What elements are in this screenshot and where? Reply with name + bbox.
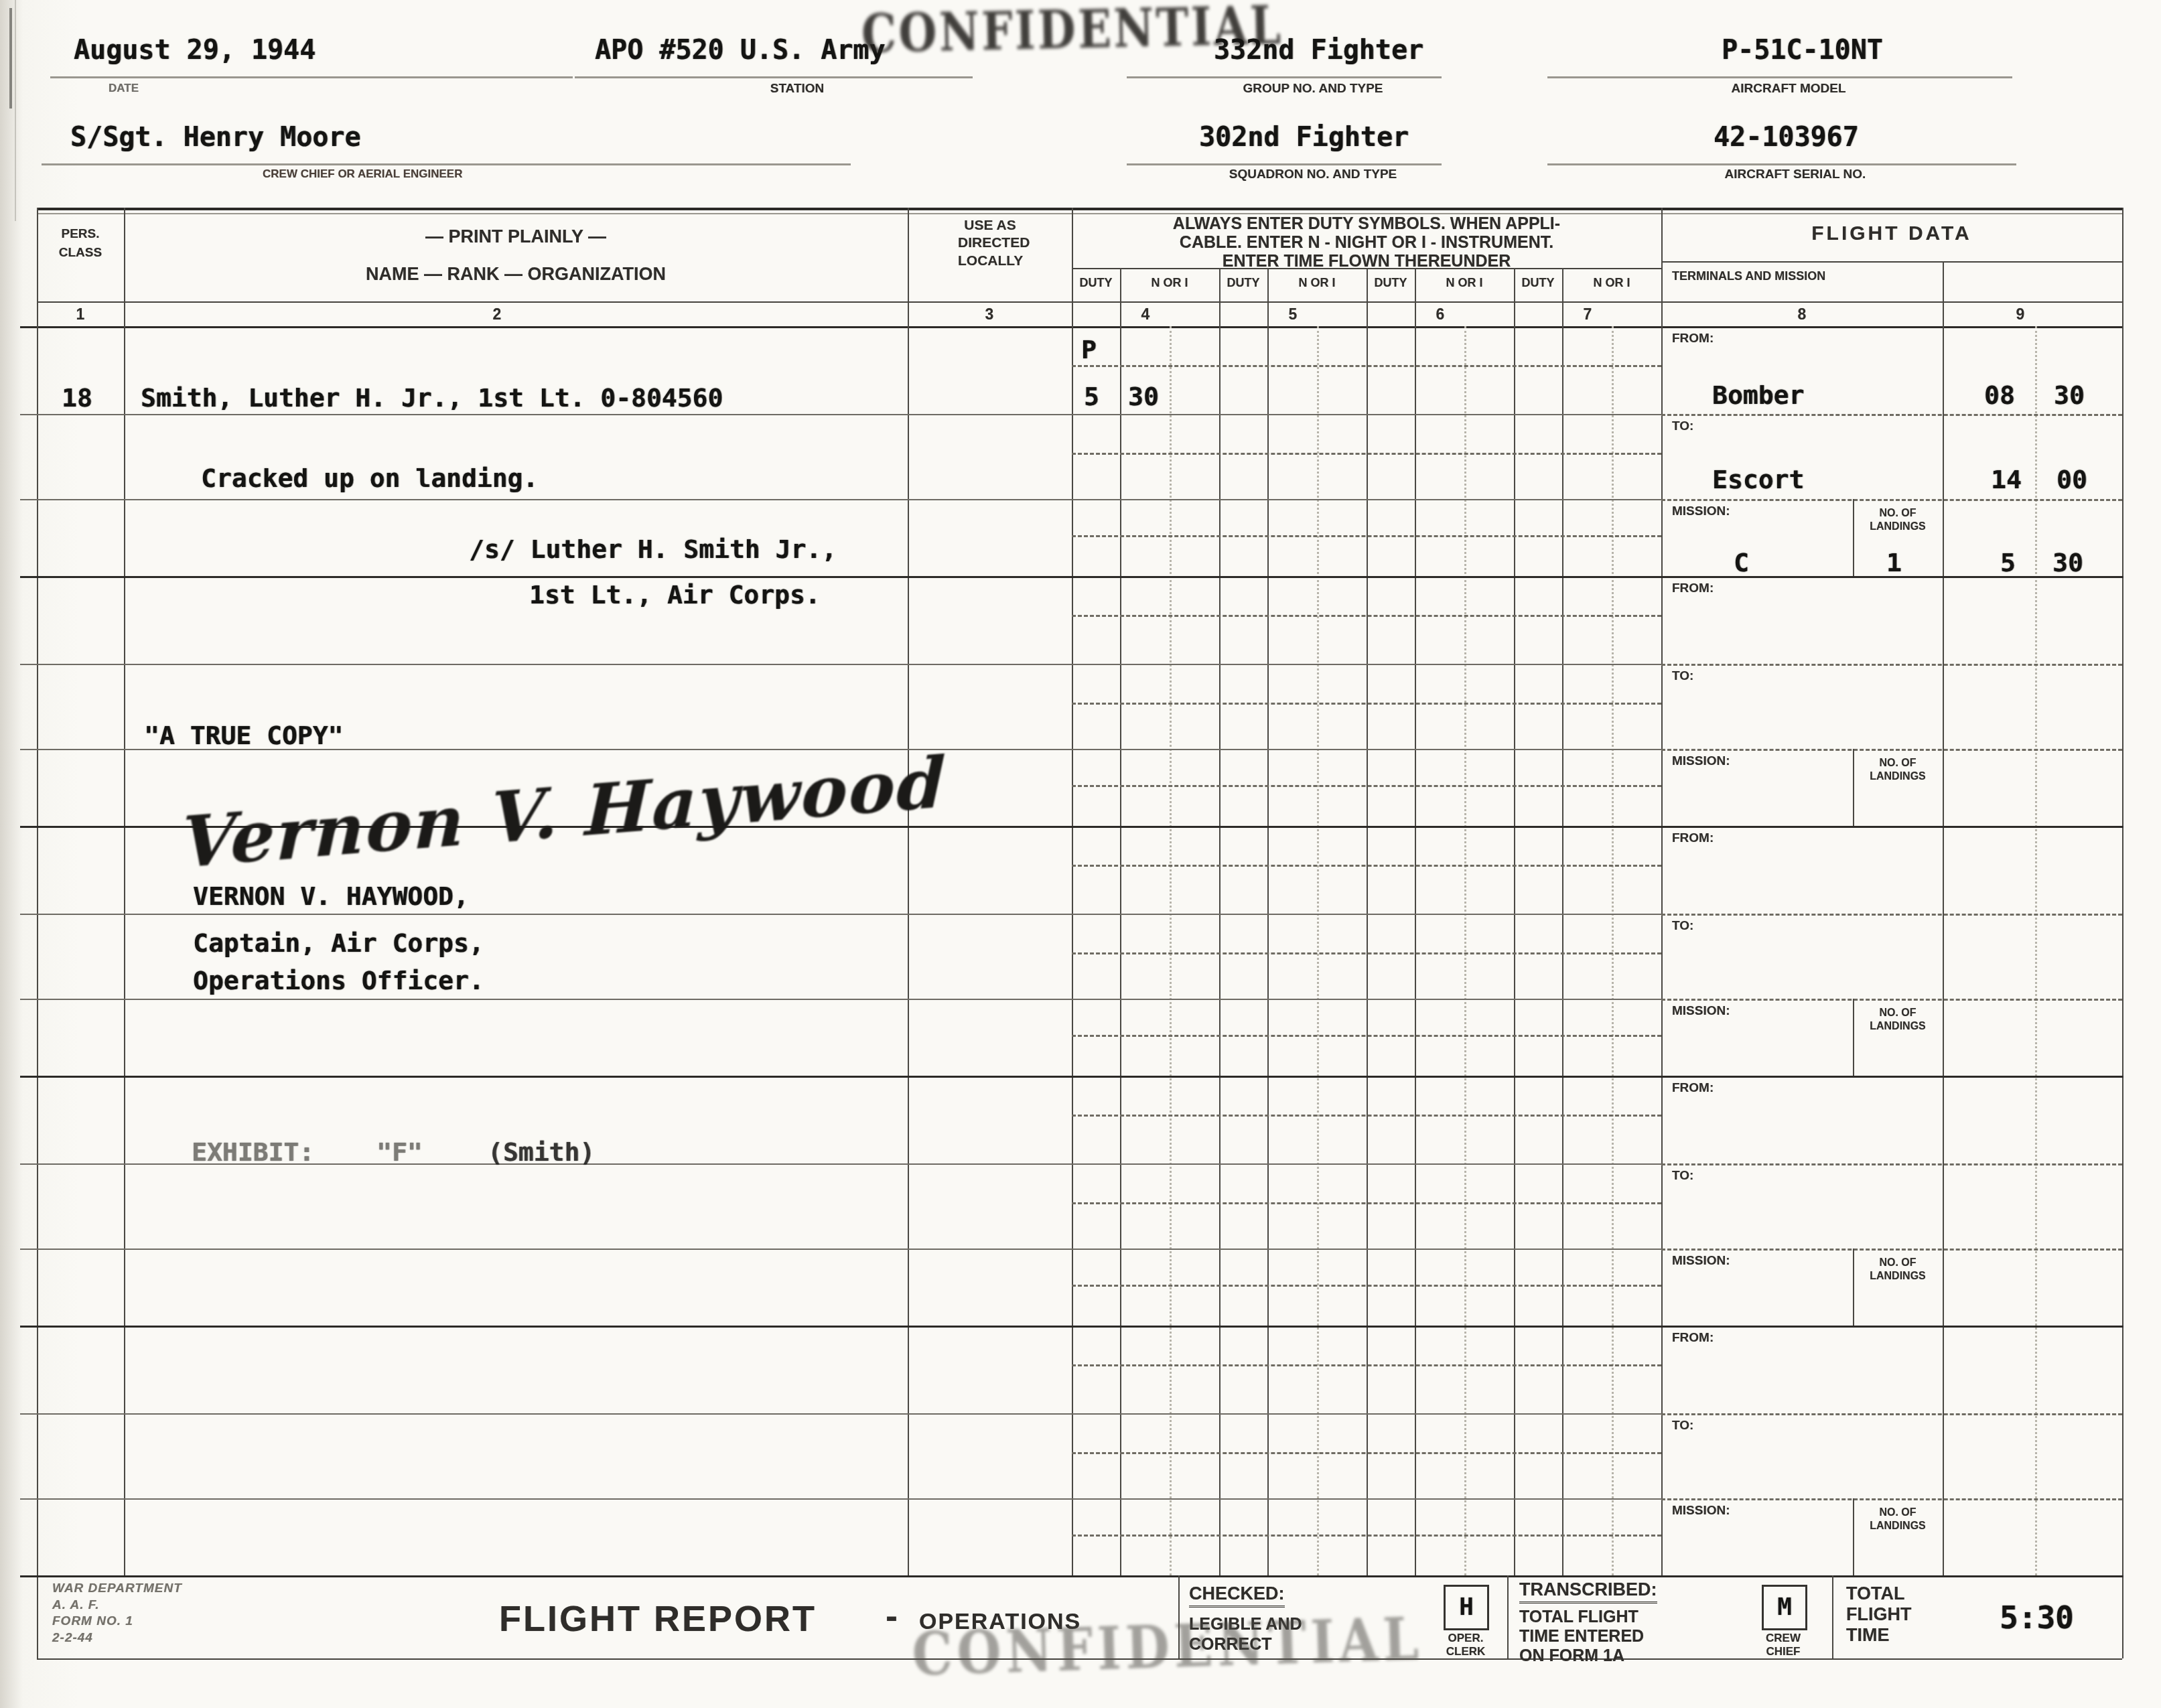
dashed-rule xyxy=(1072,365,1661,367)
oper-clerk-initial-box: H xyxy=(1444,1585,1489,1630)
form-info: WAR DEPARTMENT A. A. F. FORM NO. 1 2-2-4… xyxy=(52,1581,182,1647)
landings-label: NO. OF LANDINGS xyxy=(1856,1007,1940,1034)
col-number: 8 xyxy=(1782,305,1822,324)
dashed-rule xyxy=(1661,664,2122,666)
pilot-name-value: Smith, Luther H. Jr., 1st Lt. 0-804560 xyxy=(141,383,723,413)
rule xyxy=(20,1413,1661,1415)
duty-col-header: DUTY xyxy=(1072,276,1120,290)
from-minutes-value: 30 xyxy=(2054,380,2085,410)
col-line xyxy=(1072,208,1073,1575)
table-top-rule xyxy=(37,208,2122,210)
use-as-directed-header: USE AS DIRECTED LOCALLY xyxy=(958,217,1022,270)
n-or-i-col-header: N OR I xyxy=(1267,276,1367,290)
duty-minutes-value: 30 xyxy=(1128,382,1159,411)
exhibit-person: (Smith) xyxy=(488,1137,595,1167)
col-line xyxy=(908,208,909,1575)
footer-divider xyxy=(1832,1575,1833,1658)
landings-label: NO. OF LANDINGS xyxy=(1856,1257,1940,1283)
form-title-separator: - xyxy=(886,1595,898,1637)
dashed-rule xyxy=(1072,952,1661,954)
block-rule xyxy=(20,576,2123,578)
dotted-line xyxy=(1464,326,1466,1575)
col-line xyxy=(37,208,38,1658)
dashed-rule xyxy=(1072,1035,1661,1037)
handwritten-signature: Vernon V. Haywood xyxy=(181,741,948,883)
exhibit-value: "F" xyxy=(376,1137,423,1167)
to-terminal-value: Escort xyxy=(1712,465,1804,494)
duty-subline xyxy=(1514,268,1515,1575)
dashed-rule xyxy=(1072,615,1661,617)
dashed-rule xyxy=(1072,1202,1661,1204)
from-label: FROM: xyxy=(1672,332,1714,346)
group-label: GROUP NO. AND TYPE xyxy=(1206,82,1420,96)
block-rule xyxy=(20,1575,2123,1577)
from-hours-value: 08 xyxy=(1984,380,2015,410)
n-or-i-col-header: N OR I xyxy=(1120,276,1219,290)
rule xyxy=(20,1498,1661,1500)
dashed-rule xyxy=(1072,865,1661,867)
oper-clerk-role: OPER. CLERK xyxy=(1432,1632,1499,1659)
date-label: DATE xyxy=(109,82,139,95)
landings-box-line xyxy=(1853,749,1854,826)
dashed-rule xyxy=(1072,785,1661,787)
dashed-rule xyxy=(1661,1498,2122,1500)
landings-box-line xyxy=(1853,1249,1854,1326)
num-landings-value: 1 xyxy=(1886,548,1902,577)
rule xyxy=(20,999,1661,1000)
duty-subline xyxy=(1219,268,1221,1575)
date-value: August 29, 1944 xyxy=(74,35,316,66)
name-rank-org-header: NAME — RANK — ORGANIZATION xyxy=(124,264,908,285)
rule xyxy=(1127,76,1442,78)
rule xyxy=(37,301,2122,303)
col-line xyxy=(1943,261,1944,1575)
col-number: 5 xyxy=(1273,305,1313,324)
duty-symbol-value: P xyxy=(1081,335,1097,364)
station-label: STATION xyxy=(730,82,864,96)
dotted-line xyxy=(1612,326,1614,1575)
signature-line2-value: 1st Lt., Air Corps. xyxy=(529,580,821,610)
dotted-line xyxy=(1170,326,1172,1575)
crew-chief-label: CREW CHIEF OR AERIAL ENGINEER xyxy=(263,167,462,181)
squadron-label: SQUADRON NO. AND TYPE xyxy=(1199,167,1427,182)
rule xyxy=(20,664,1661,665)
duty-subline xyxy=(1120,268,1121,1575)
rule xyxy=(20,414,1661,415)
mission-minutes-value: 30 xyxy=(2052,548,2083,577)
rule xyxy=(20,1249,1661,1250)
serial-label: AIRCRAFT SERIAL NO. xyxy=(1701,167,1889,182)
col-number: 1 xyxy=(60,305,100,324)
form-info-line: FORM NO. 1 xyxy=(52,1614,182,1630)
mission-hours-value: 5 xyxy=(2000,548,2016,577)
from-label: FROM: xyxy=(1672,831,1714,846)
block-rule xyxy=(20,1076,2123,1078)
dashed-rule xyxy=(1661,914,2122,916)
duty-subline xyxy=(1267,268,1269,1575)
dashed-rule xyxy=(1661,499,2122,501)
col-number: 6 xyxy=(1420,305,1460,324)
form-info-line: A. A. F. xyxy=(52,1597,182,1614)
from-label: FROM: xyxy=(1672,1331,1714,1346)
landings-box-line xyxy=(1853,499,1854,576)
duty-col-header: DUTY xyxy=(1514,276,1562,290)
mission-label: MISSION: xyxy=(1672,1254,1730,1269)
from-terminal-value: Bomber xyxy=(1712,380,1804,410)
col-line xyxy=(2122,208,2123,1658)
rule xyxy=(1127,163,1442,165)
landings-box-line xyxy=(1853,1498,1854,1575)
col-number: 4 xyxy=(1125,305,1166,324)
terminals-mission-header: TERMINALS AND MISSION xyxy=(1672,269,1825,283)
n-or-i-col-header: N OR I xyxy=(1415,276,1514,290)
serial-value: 42-103967 xyxy=(1714,122,1859,153)
block-rule xyxy=(20,1326,2123,1328)
officer-name-value: VERNON V. HAYWOOD, xyxy=(193,881,469,911)
officer-rank-value: Captain, Air Corps, xyxy=(193,928,484,958)
scan-edge-mark xyxy=(9,8,12,109)
mission-label: MISSION: xyxy=(1672,754,1730,769)
duty-instructions-header: ALWAYS ENTER DUTY SYMBOLS. WHEN APPLI- C… xyxy=(1152,214,1581,271)
from-label: FROM: xyxy=(1672,1081,1714,1096)
total-flight-time-label: TOTAL FLIGHT TIME xyxy=(1846,1583,1933,1646)
rule xyxy=(575,76,973,78)
col-number: 3 xyxy=(969,305,1009,324)
scan-edge-line xyxy=(15,0,16,221)
dashed-rule xyxy=(1661,1413,2122,1415)
dashed-rule xyxy=(1661,749,2122,751)
transcribed-label: TRANSCRIBED: xyxy=(1519,1579,1657,1604)
duty-subline xyxy=(1367,268,1368,1575)
crew-chief-value: S/Sgt. Henry Moore xyxy=(70,122,360,153)
dashed-rule xyxy=(1072,1285,1661,1287)
aircraft-model-value: P-51C-10NT xyxy=(1722,35,1883,66)
to-hours-value: 14 xyxy=(1991,465,2022,494)
col-number: 9 xyxy=(2000,305,2040,324)
station-value: APO #520 U.S. Army xyxy=(595,35,885,66)
signature-line1-value: /s/ Luther H. Smith Jr., xyxy=(469,535,837,564)
form-info-line: 2-2-44 xyxy=(52,1630,182,1647)
to-label: TO: xyxy=(1672,1419,1693,1433)
landings-label: NO. OF LANDINGS xyxy=(1856,507,1940,534)
dashed-rule xyxy=(1661,1163,2122,1165)
rule xyxy=(42,163,851,165)
dashed-rule xyxy=(1072,1452,1661,1454)
rule xyxy=(1547,76,2012,78)
dashed-rule xyxy=(1661,1249,2122,1251)
officer-title-value: Operations Officer. xyxy=(193,966,484,995)
to-label: TO: xyxy=(1672,669,1693,684)
col-number: 2 xyxy=(477,305,517,324)
dashed-rule xyxy=(1661,414,2122,416)
aircraft-model-label: AIRCRAFT MODEL xyxy=(1701,82,1876,96)
duty-subline xyxy=(1415,268,1416,1575)
col-line xyxy=(124,208,125,1575)
col-line xyxy=(1661,208,1663,1575)
total-flight-time-value: 5:30 xyxy=(2000,1599,2074,1636)
print-plainly-header: — PRINT PLAINLY — xyxy=(124,226,908,247)
true-copy-value: "A TRUE COPY" xyxy=(144,721,343,750)
to-label: TO: xyxy=(1672,1169,1693,1184)
rule xyxy=(20,914,1661,915)
rule xyxy=(1547,163,2016,165)
dashed-rule xyxy=(1072,1115,1661,1117)
flight-data-header: FLIGHT DATA xyxy=(1661,222,2122,245)
flight-report-page: August 29, 1944 DATE APO #520 U.S. Army … xyxy=(0,0,2161,1708)
pers-class-value: 18 xyxy=(62,383,92,413)
to-label: TO: xyxy=(1672,919,1693,934)
dashed-rule xyxy=(1072,535,1661,537)
pers-class-header: PERS. CLASS xyxy=(57,225,104,262)
duty-subline xyxy=(1562,268,1563,1575)
rule xyxy=(1661,261,2122,263)
rule xyxy=(50,76,573,78)
crew-chief-role: CREW CHIEF xyxy=(1750,1632,1817,1659)
mission-label: MISSION: xyxy=(1672,1004,1730,1019)
crew-chief-initials: M xyxy=(1764,1587,1805,1628)
dotted-line xyxy=(2035,326,2037,1575)
form-title: FLIGHT REPORT xyxy=(499,1598,817,1640)
footer-divider xyxy=(1507,1575,1509,1658)
dashed-rule xyxy=(1661,999,2122,1001)
landings-label: NO. OF LANDINGS xyxy=(1856,757,1940,784)
duty-col-header: DUTY xyxy=(1367,276,1415,290)
dashed-rule xyxy=(1072,1535,1661,1537)
duty-hours-value: 5 xyxy=(1084,382,1099,411)
remark-value: Cracked up on landing. xyxy=(201,464,538,493)
exhibit-label: EXHIBIT: xyxy=(192,1137,314,1167)
landings-box-line xyxy=(1853,999,1854,1076)
rule xyxy=(20,499,1661,500)
group-value: 332nd Fighter xyxy=(1214,35,1423,66)
transcribed-description: TOTAL FLIGHT TIME ENTERED ON FORM 1A xyxy=(1519,1608,1660,1665)
col-number: 7 xyxy=(1567,305,1608,324)
dashed-rule xyxy=(1072,1364,1661,1366)
from-label: FROM: xyxy=(1672,581,1714,596)
dashed-rule xyxy=(1072,703,1661,705)
duty-col-header: DUTY xyxy=(1219,276,1267,290)
crew-chief-initial-box: M xyxy=(1762,1585,1807,1630)
dashed-rule xyxy=(1072,453,1661,455)
squadron-value: 302nd Fighter xyxy=(1199,122,1409,153)
mission-label: MISSION: xyxy=(1672,1504,1730,1518)
form-info-line: WAR DEPARTMENT xyxy=(52,1581,182,1597)
landings-label: NO. OF LANDINGS xyxy=(1856,1506,1940,1533)
checked-label: CHECKED: xyxy=(1189,1583,1285,1608)
mission-label: MISSION: xyxy=(1672,504,1730,519)
n-or-i-col-header: N OR I xyxy=(1562,276,1661,290)
dotted-line xyxy=(1317,326,1319,1575)
rule xyxy=(37,213,2122,214)
oper-clerk-initials: H xyxy=(1446,1587,1487,1628)
mission-symbol-value: C xyxy=(1734,548,1749,577)
to-label: TO: xyxy=(1672,419,1693,434)
to-minutes-value: 00 xyxy=(2057,465,2087,494)
